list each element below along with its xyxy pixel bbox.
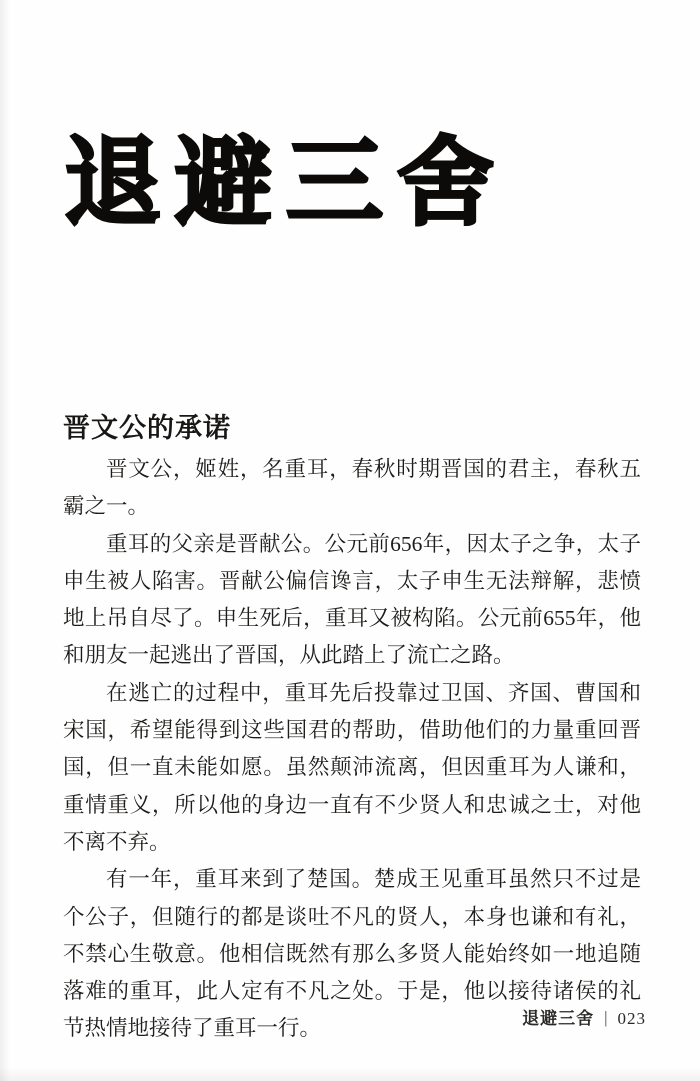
footer-book-title: 退避三舍 xyxy=(522,1009,594,1028)
book-page: 退避三舍 晋文公的承诺 晋文公，姬姓，名重耳，春秋时期晋国的君主，春秋五霸之一。… xyxy=(0,0,700,1081)
paragraph-3: 在逃亡的过程中，重耳先后投靠过卫国、齐国、曹国和宋国，希望能得到这些国君的帮助，… xyxy=(63,675,641,861)
footer-page-number: 023 xyxy=(618,1009,647,1028)
paragraph-1: 晋文公，姬姓，名重耳，春秋时期晋国的君主，春秋五霸之一。 xyxy=(63,451,641,526)
section-heading: 晋文公的承诺 xyxy=(63,406,231,445)
page-footer: 退避三舍|023 xyxy=(522,1004,646,1029)
chapter-title: 退避三舍 xyxy=(64,130,508,237)
footer-separator: | xyxy=(604,1008,607,1028)
paragraph-2: 重耳的父亲是晋献公。公元前656年，因太子之争，太子申生被人陷害。晋献公偏信谗言… xyxy=(63,526,641,675)
body-text: 晋文公，姬姓，名重耳，春秋时期晋国的君主，春秋五霸之一。 重耳的父亲是晋献公。公… xyxy=(63,451,641,1048)
